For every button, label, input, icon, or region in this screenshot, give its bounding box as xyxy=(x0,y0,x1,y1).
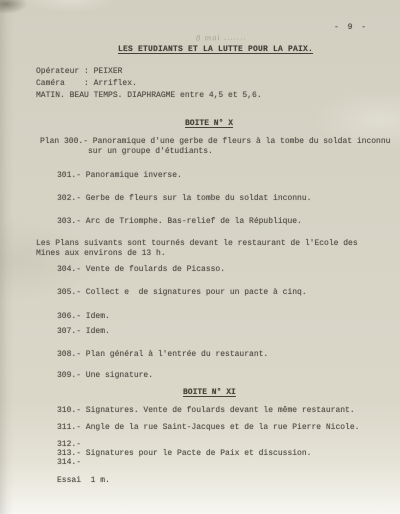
plan-item-311: 311.- Angle de la rue Saint-Jacques et d… xyxy=(57,423,400,433)
plan-item-304: 304.- Vente de foulards de Picasso. xyxy=(57,265,400,275)
plan-item-308: 308.- Plan général à l'entrée du restaur… xyxy=(57,350,400,360)
plan-item-300: Plan 300.- Panoramique d'une gerbe de fl… xyxy=(40,137,400,157)
scanned-document-page: - 9 - 8 mai ....... LES ETUDIANTS ET LA … xyxy=(0,0,400,514)
plan-item-301: 301.- Panoramique inverse. xyxy=(57,171,400,181)
plan-item-305: 305.- Collect e de signatures pour un pa… xyxy=(57,288,400,298)
document-title: LES ETUDIANTS ET LA LUTTE POUR LA PAIX. xyxy=(118,45,313,55)
plan-item-306: 306.- Idem. xyxy=(57,312,400,322)
pencil-annotation: 8 mai ....... xyxy=(196,32,247,43)
essai-line: Essai 1 m. xyxy=(57,476,110,486)
conditions-line: MATIN. BEAU TEMPS. DIAPHRAGME entre 4,5 … xyxy=(36,91,262,101)
plan-item-314: 314.- xyxy=(57,458,400,468)
plan-item-309: 309.- Une signature. xyxy=(57,371,400,381)
plan-item-310: 310.- Signatures. Vente de foulards deva… xyxy=(57,406,400,416)
plan-item-302: 302.- Gerbe de fleurs sur la tombe du so… xyxy=(57,194,400,204)
camera-line: Caméra : Arriflex. xyxy=(36,79,137,89)
location-note: Les Plans suivants sont tournés devant l… xyxy=(36,239,366,259)
section-heading-boite-x: BOITE N° X xyxy=(185,119,233,129)
section-heading-boite-xi: BOITE N° XI xyxy=(183,388,236,398)
plan-item-303: 303.- Arc de Triomphe. Bas-relief de la … xyxy=(57,217,400,227)
page-number: - 9 - xyxy=(334,23,368,33)
operator-line: Opérateur : PEIXER xyxy=(36,67,122,77)
plan-item-307: 307.- Idem. xyxy=(57,327,400,337)
